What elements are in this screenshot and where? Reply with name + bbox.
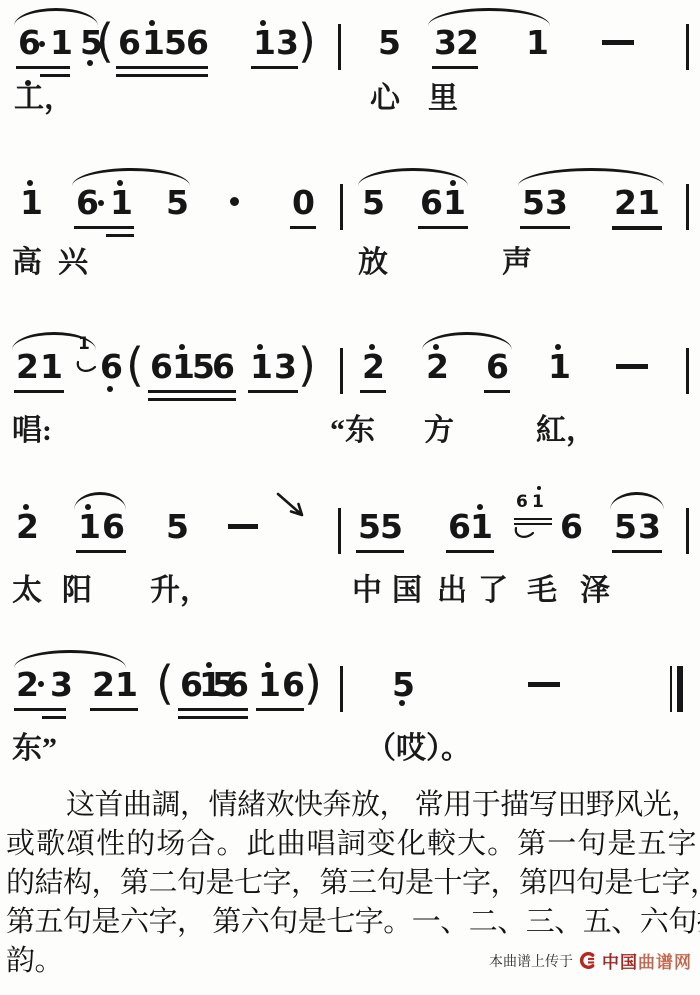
commentary-line: 第五句是六字， 第六句是七字。一、二、三、五、六句押 — [6, 903, 696, 942]
beam — [106, 234, 134, 237]
note: 1 — [526, 26, 549, 59]
lyric: 太 — [12, 576, 42, 606]
lyric: 阳 — [62, 576, 92, 606]
octave-dot-high — [260, 20, 266, 26]
note: 5 — [358, 510, 381, 543]
brand-logo-icon — [579, 952, 596, 969]
beam — [148, 390, 236, 393]
octave-dot-high — [369, 344, 375, 350]
note: 6 — [282, 668, 305, 701]
note: 5 — [166, 510, 189, 543]
note: 1 — [637, 186, 660, 219]
beam — [360, 390, 386, 393]
note: 5 — [614, 510, 637, 543]
octave-dot-high — [265, 662, 271, 668]
parenthesis: ) — [298, 18, 316, 64]
note: 6 — [186, 26, 209, 59]
augmentation-dot — [39, 41, 45, 47]
note: 1 — [443, 186, 466, 219]
beam — [418, 226, 468, 229]
octave-dot-high — [117, 180, 123, 186]
barline — [338, 24, 341, 70]
commentary-line: 这首曲調，情緒欢快奔放， 常用于描写田野风光， — [6, 786, 696, 825]
lyric: 里 — [428, 84, 458, 114]
octave-dot-high — [23, 504, 29, 510]
dash — [228, 524, 258, 529]
note: 1 — [40, 350, 63, 383]
commentary-line: 的結构，第二句是七字，第三句是十字，第四句是七字， — [6, 864, 696, 903]
note: 3 — [274, 350, 297, 383]
parenthesis: ( — [96, 18, 114, 64]
octave-dot-high — [555, 344, 561, 350]
note: 6 — [212, 350, 235, 383]
lyric: 工， — [14, 84, 74, 114]
parenthesis: ) — [304, 660, 322, 706]
barline — [340, 184, 343, 230]
watermark-text: 本曲谱上传于 — [489, 951, 573, 971]
grace-note: 1 — [78, 336, 90, 353]
note: 1 — [253, 26, 276, 59]
parenthesis: ) — [298, 342, 316, 388]
note: 2 — [16, 350, 39, 383]
lyric: “东 — [330, 416, 375, 446]
octave-dot-low — [87, 60, 93, 66]
beam — [116, 74, 208, 77]
octave-dot-high — [257, 344, 263, 350]
dash — [602, 40, 634, 45]
note: 2 — [92, 668, 115, 701]
barline — [686, 348, 689, 394]
beam — [16, 66, 70, 69]
parenthesis: ( — [156, 660, 174, 706]
grace-note: 6 — [516, 494, 528, 511]
lyric: 高 — [12, 248, 42, 278]
beam — [432, 66, 478, 69]
lyric: 毛 — [527, 576, 557, 606]
beam — [42, 716, 66, 719]
grace-tie — [512, 526, 536, 546]
lyric: 兴 — [58, 248, 88, 278]
beam — [116, 66, 208, 69]
augmentation-dot — [98, 200, 104, 206]
note: 6 — [486, 350, 509, 383]
note: 1 — [110, 186, 133, 219]
barline — [340, 348, 343, 394]
octave-dot-high — [477, 504, 483, 510]
brand-name-primary: 中国 — [602, 953, 638, 972]
barline — [686, 24, 689, 70]
beam — [178, 716, 248, 719]
note: 5 — [392, 668, 415, 701]
octave-dot-high — [537, 486, 541, 490]
beam — [612, 226, 662, 230]
beam — [74, 226, 134, 229]
note: 3 — [545, 186, 568, 219]
lyric: 紅， — [536, 416, 596, 446]
octave-dot-high — [149, 20, 155, 26]
note: 6 — [448, 510, 471, 543]
lyric: 放 — [358, 248, 388, 278]
octave-dot-high — [450, 180, 456, 186]
brand-name: 中国曲谱网 — [602, 948, 692, 973]
beam — [514, 523, 552, 525]
grace-note: 1 — [532, 494, 544, 511]
note: 6 — [150, 350, 173, 383]
beam — [14, 390, 64, 393]
note: 1 — [20, 186, 43, 219]
note: 1 — [250, 350, 273, 383]
note: 5 — [362, 186, 385, 219]
note: 2 — [426, 350, 449, 383]
note: 1 — [115, 668, 138, 701]
note: 6 — [18, 26, 41, 59]
octave-dot-high — [179, 344, 185, 350]
final-barline — [670, 666, 672, 712]
octave-dot-high — [27, 180, 33, 186]
lyric: 方 — [424, 416, 454, 446]
octave-dot-high — [433, 344, 439, 350]
note: 2 — [362, 350, 385, 383]
beam — [76, 550, 126, 553]
barline — [338, 508, 341, 554]
dash — [528, 682, 560, 687]
note: 2 — [16, 668, 39, 701]
beam — [256, 708, 304, 711]
beam — [356, 550, 404, 553]
beam — [514, 518, 552, 520]
note: 5 — [380, 510, 403, 543]
octave-dot-low — [399, 700, 405, 706]
augmentation-dot — [38, 681, 44, 687]
note: 0 — [292, 186, 315, 219]
note: 6 — [420, 186, 443, 219]
sheet-music-page: 615(615613)5321工，心里161505615321高兴放声2116(… — [0, 0, 700, 995]
barline — [340, 666, 343, 712]
lyric: 国 — [392, 576, 422, 606]
note: 1 — [470, 510, 493, 543]
note: 1 — [50, 26, 73, 59]
note: 6 — [102, 510, 125, 543]
lyric: 中 — [352, 576, 382, 606]
lyric: 唱: — [12, 416, 52, 446]
beam — [251, 66, 298, 69]
note: 3 — [50, 668, 73, 701]
note: 1 — [142, 26, 165, 59]
beam — [148, 398, 236, 401]
note: 3 — [434, 26, 457, 59]
dash — [616, 364, 648, 369]
note: 6 — [226, 668, 249, 701]
note: 3 — [276, 26, 299, 59]
note: 2 — [456, 26, 479, 59]
lyric: 升， — [150, 576, 210, 606]
lyric: 泽 — [580, 576, 610, 606]
note: 3 — [638, 510, 661, 543]
lyric: 了 — [478, 576, 508, 606]
beam — [14, 708, 66, 711]
note: 6 — [76, 186, 99, 219]
beam — [178, 708, 248, 711]
lyric: （哎）。 — [366, 734, 471, 764]
beam — [290, 226, 316, 229]
note: 5 — [378, 26, 401, 59]
brand-name-secondary: 曲谱网 — [638, 953, 692, 972]
note: 5 — [522, 186, 545, 219]
beam — [248, 390, 298, 393]
glissando-arrow — [274, 490, 312, 531]
note: 1 — [548, 350, 571, 383]
lyric: 东” — [12, 734, 57, 764]
final-barline — [677, 666, 683, 712]
watermark: 本曲谱上传于 中国曲谱网 — [489, 948, 692, 973]
grace-tie — [74, 360, 98, 380]
barline — [686, 508, 689, 554]
note: 6 — [118, 26, 141, 59]
beam — [40, 74, 70, 77]
note: 6 — [560, 510, 583, 543]
beam — [446, 550, 494, 553]
lyric: 出 — [437, 576, 467, 606]
beam — [484, 390, 510, 393]
parenthesis: ( — [126, 342, 144, 388]
lyric: 心 — [370, 84, 400, 114]
lyric: 声 — [502, 248, 532, 278]
note: 2 — [16, 510, 39, 543]
commentary-line: 或歌頌性的场合。此曲唱詞变化較大。第一句是五字 — [6, 825, 696, 864]
octave-dot-high — [85, 504, 91, 510]
note: 5 — [166, 186, 189, 219]
note: 1 — [78, 510, 101, 543]
beam — [90, 708, 138, 711]
beam — [520, 226, 570, 229]
note: 6 — [100, 350, 123, 383]
note: 1 — [258, 668, 281, 701]
note: 2 — [614, 186, 637, 219]
beam — [612, 550, 662, 553]
note: 5 — [164, 26, 187, 59]
augmentation-dot — [230, 197, 239, 206]
octave-dot-low — [107, 386, 113, 392]
barline — [686, 184, 689, 230]
